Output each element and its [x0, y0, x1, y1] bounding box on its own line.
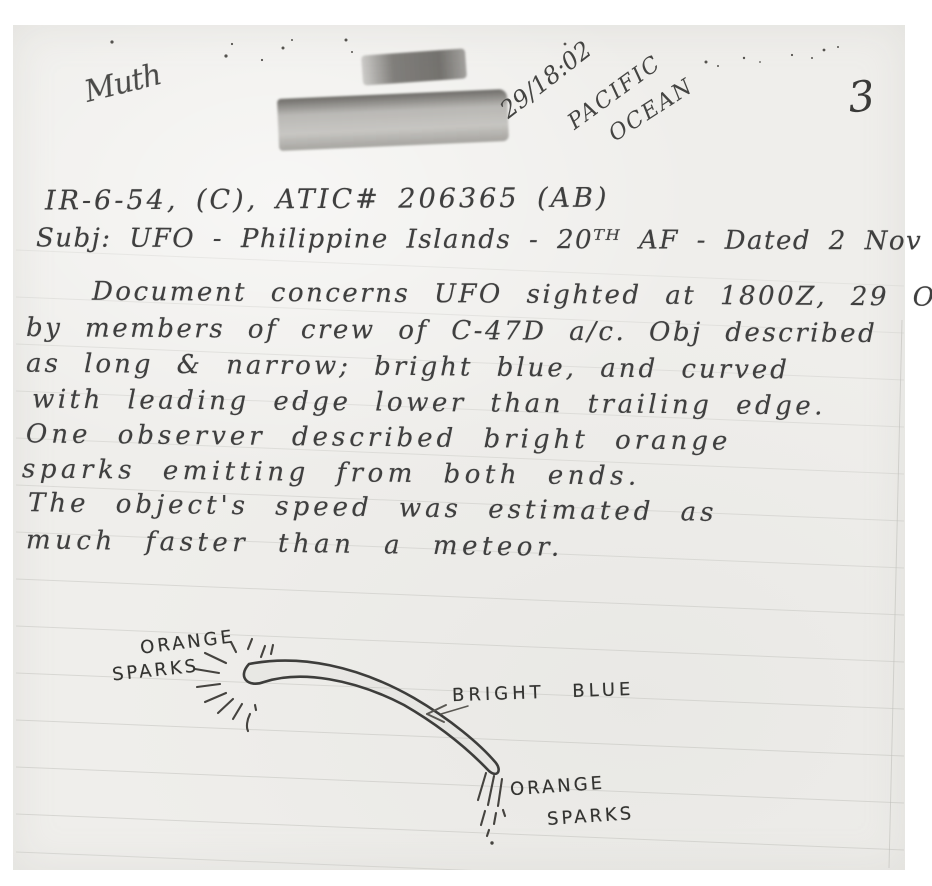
handwritten-line: Subj: UFO - Philippine Islands - 20ᵀᴴ AF… — [36, 223, 932, 256]
scanned-document-page: Muth 29/18:02 PACIFIC OCEAN 3 IR-6-54, (… — [0, 0, 932, 886]
page-number: 3 — [846, 71, 878, 123]
handwritten-line: by members of crew of C-47D a/c. Obj des… — [26, 313, 877, 349]
handwritten-line: IR-6-54, (C), ATIC# 206365 (AB) — [45, 183, 610, 217]
ink-smudge-large — [277, 89, 509, 151]
